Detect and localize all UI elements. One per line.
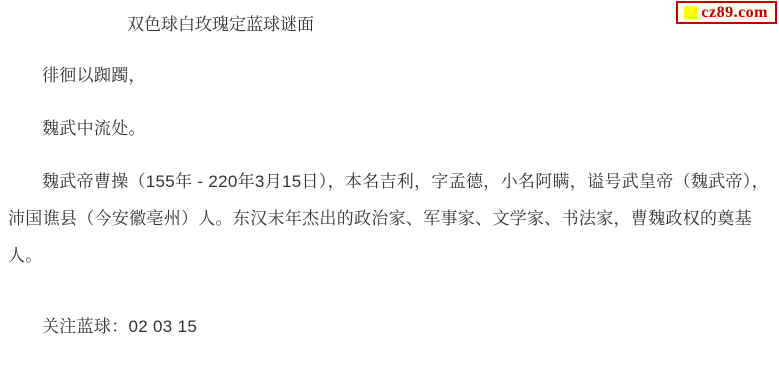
riddle-line-1: 徘徊以踟躅， bbox=[8, 57, 771, 94]
site-logo-text: cz89.com bbox=[701, 5, 768, 21]
article-page: cz89.com 双色球白玫瑰定蓝球谜面 徘徊以踟躅， 魏武中流处。 魏武帝曹操… bbox=[0, 0, 779, 375]
yellow-square-icon bbox=[684, 6, 697, 19]
blue-ball-numbers: 02 03 15 bbox=[129, 317, 198, 336]
riddle-explanation: 魏武帝曹操（155年 - 220年3月15日），本名吉利，字孟德，小名阿瞒，谥号… bbox=[8, 163, 771, 274]
riddle-line-2: 魏武中流处。 bbox=[8, 110, 771, 147]
focus-label: 关注蓝球： bbox=[42, 317, 129, 336]
article-title: 双色球白玫瑰定蓝球谜面 bbox=[127, 15, 771, 35]
site-logo[interactable]: cz89.com bbox=[676, 1, 777, 24]
focus-line: 关注蓝球：02 03 15 bbox=[8, 308, 771, 345]
